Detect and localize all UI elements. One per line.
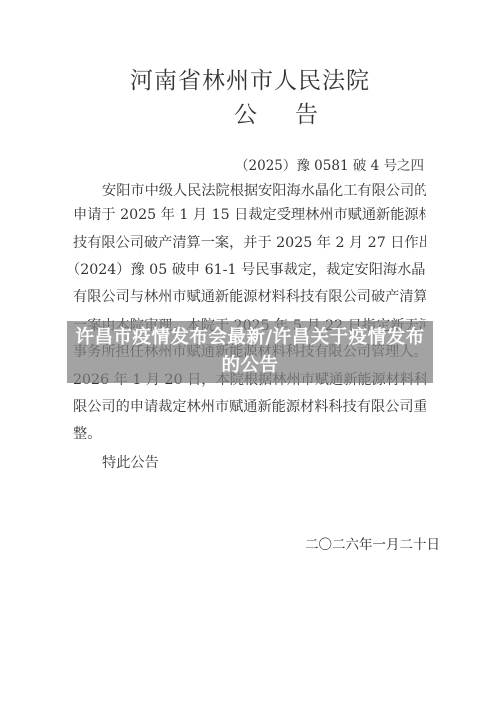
body-line: 限公司的申请裁定林州市赋通新能源材料科技有限公司重 bbox=[73, 397, 426, 417]
body-line: 申请于 2025 年 1 月 15 日裁定受理林州市赋通新能源材料科 bbox=[73, 205, 426, 225]
notice-heading-char-2: 告 bbox=[295, 96, 318, 129]
body-line: 整。 bbox=[73, 424, 426, 444]
issue-date: 二〇二六年一月二十日 bbox=[305, 533, 440, 553]
body-line: （2024）豫 05 破申 61-1 号民事裁定，裁定安阳海水晶化工 bbox=[66, 260, 426, 280]
body-line: 有限公司与林州市赋通新能源材料科技有限公司破产清算 bbox=[73, 287, 426, 307]
case-number: （2025）豫 0581 破 4 号之四 bbox=[235, 154, 424, 174]
body-line: 技有限公司破产清算一案，并于 2025 年 2 月 27 日作出 bbox=[73, 233, 426, 253]
closing-remark: 特此公告 bbox=[102, 452, 159, 472]
notice-heading-char-1: 公 bbox=[234, 96, 257, 129]
notice-heading: 公告 bbox=[234, 96, 318, 129]
headline-overlay-text: 许昌市疫情发布会最新/许昌关于疫情发布的公告 bbox=[67, 321, 433, 380]
body-line: 安阳市中级人民法院根据安阳海水晶化工有限公司的 bbox=[102, 181, 426, 201]
court-name-title: 河南省林州市人民法院 bbox=[0, 62, 500, 95]
